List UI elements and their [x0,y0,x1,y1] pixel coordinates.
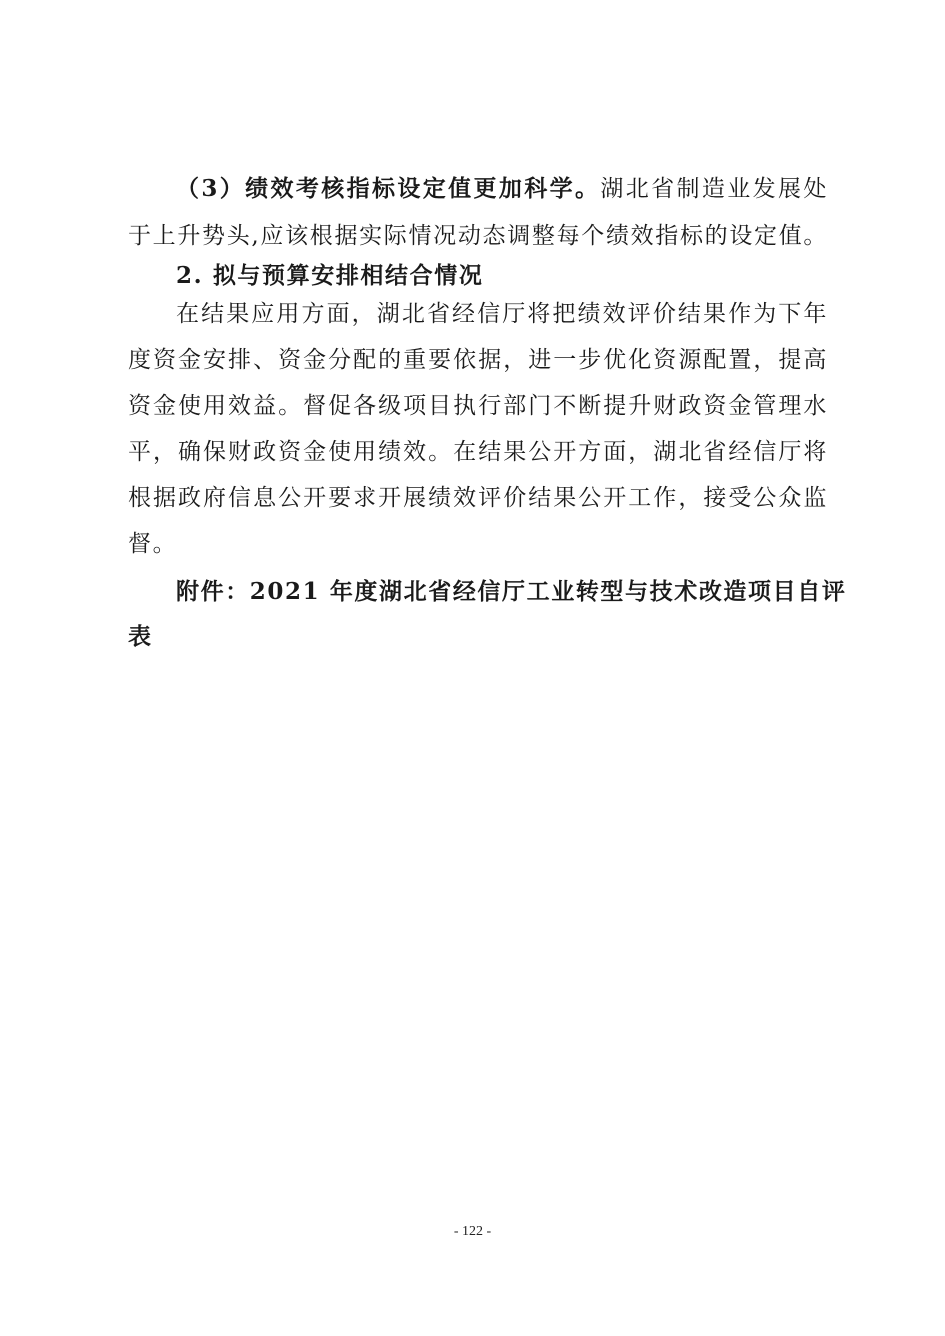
item3-line1: （3）绩效考核指标设定值更加科学。湖北省制造业发展处 [176,174,828,204]
section2-heading: 2. 拟与预算安排相结合情况 [176,261,828,291]
item3-heading: （3）绩效考核指标设定值更加科学。 [176,175,600,202]
attachment-title-cont: 表 [128,622,828,652]
paragraph-line: 根据政府信息公开要求开展绩效评价结果公开工作，接受公众监 [128,483,828,513]
paragraph-line: 资金使用效益。督促各级项目执行部门不断提升财政资金管理水 [128,391,828,421]
page-number: - 122 - [0,1224,945,1240]
attachment-title: 附件：2021 年度湖北省经信厅工业转型与技术改造项目自评 [176,577,828,607]
paragraph-line: 督。 [128,529,828,559]
paragraph-line: 在结果应用方面，湖北省经信厅将把绩效评价结果作为下年 [176,299,828,329]
item3-line2: 于上升势头,应该根据实际情况动态调整每个绩效指标的设定值。 [128,221,828,251]
paragraph-line: 度资金安排、资金分配的重要依据，进一步优化资源配置，提高 [128,345,828,375]
paragraph-line: 平，确保财政资金使用绩效。在结果公开方面，湖北省经信厅将 [128,437,828,467]
item3-text: 湖北省制造业发展处 [600,176,828,202]
